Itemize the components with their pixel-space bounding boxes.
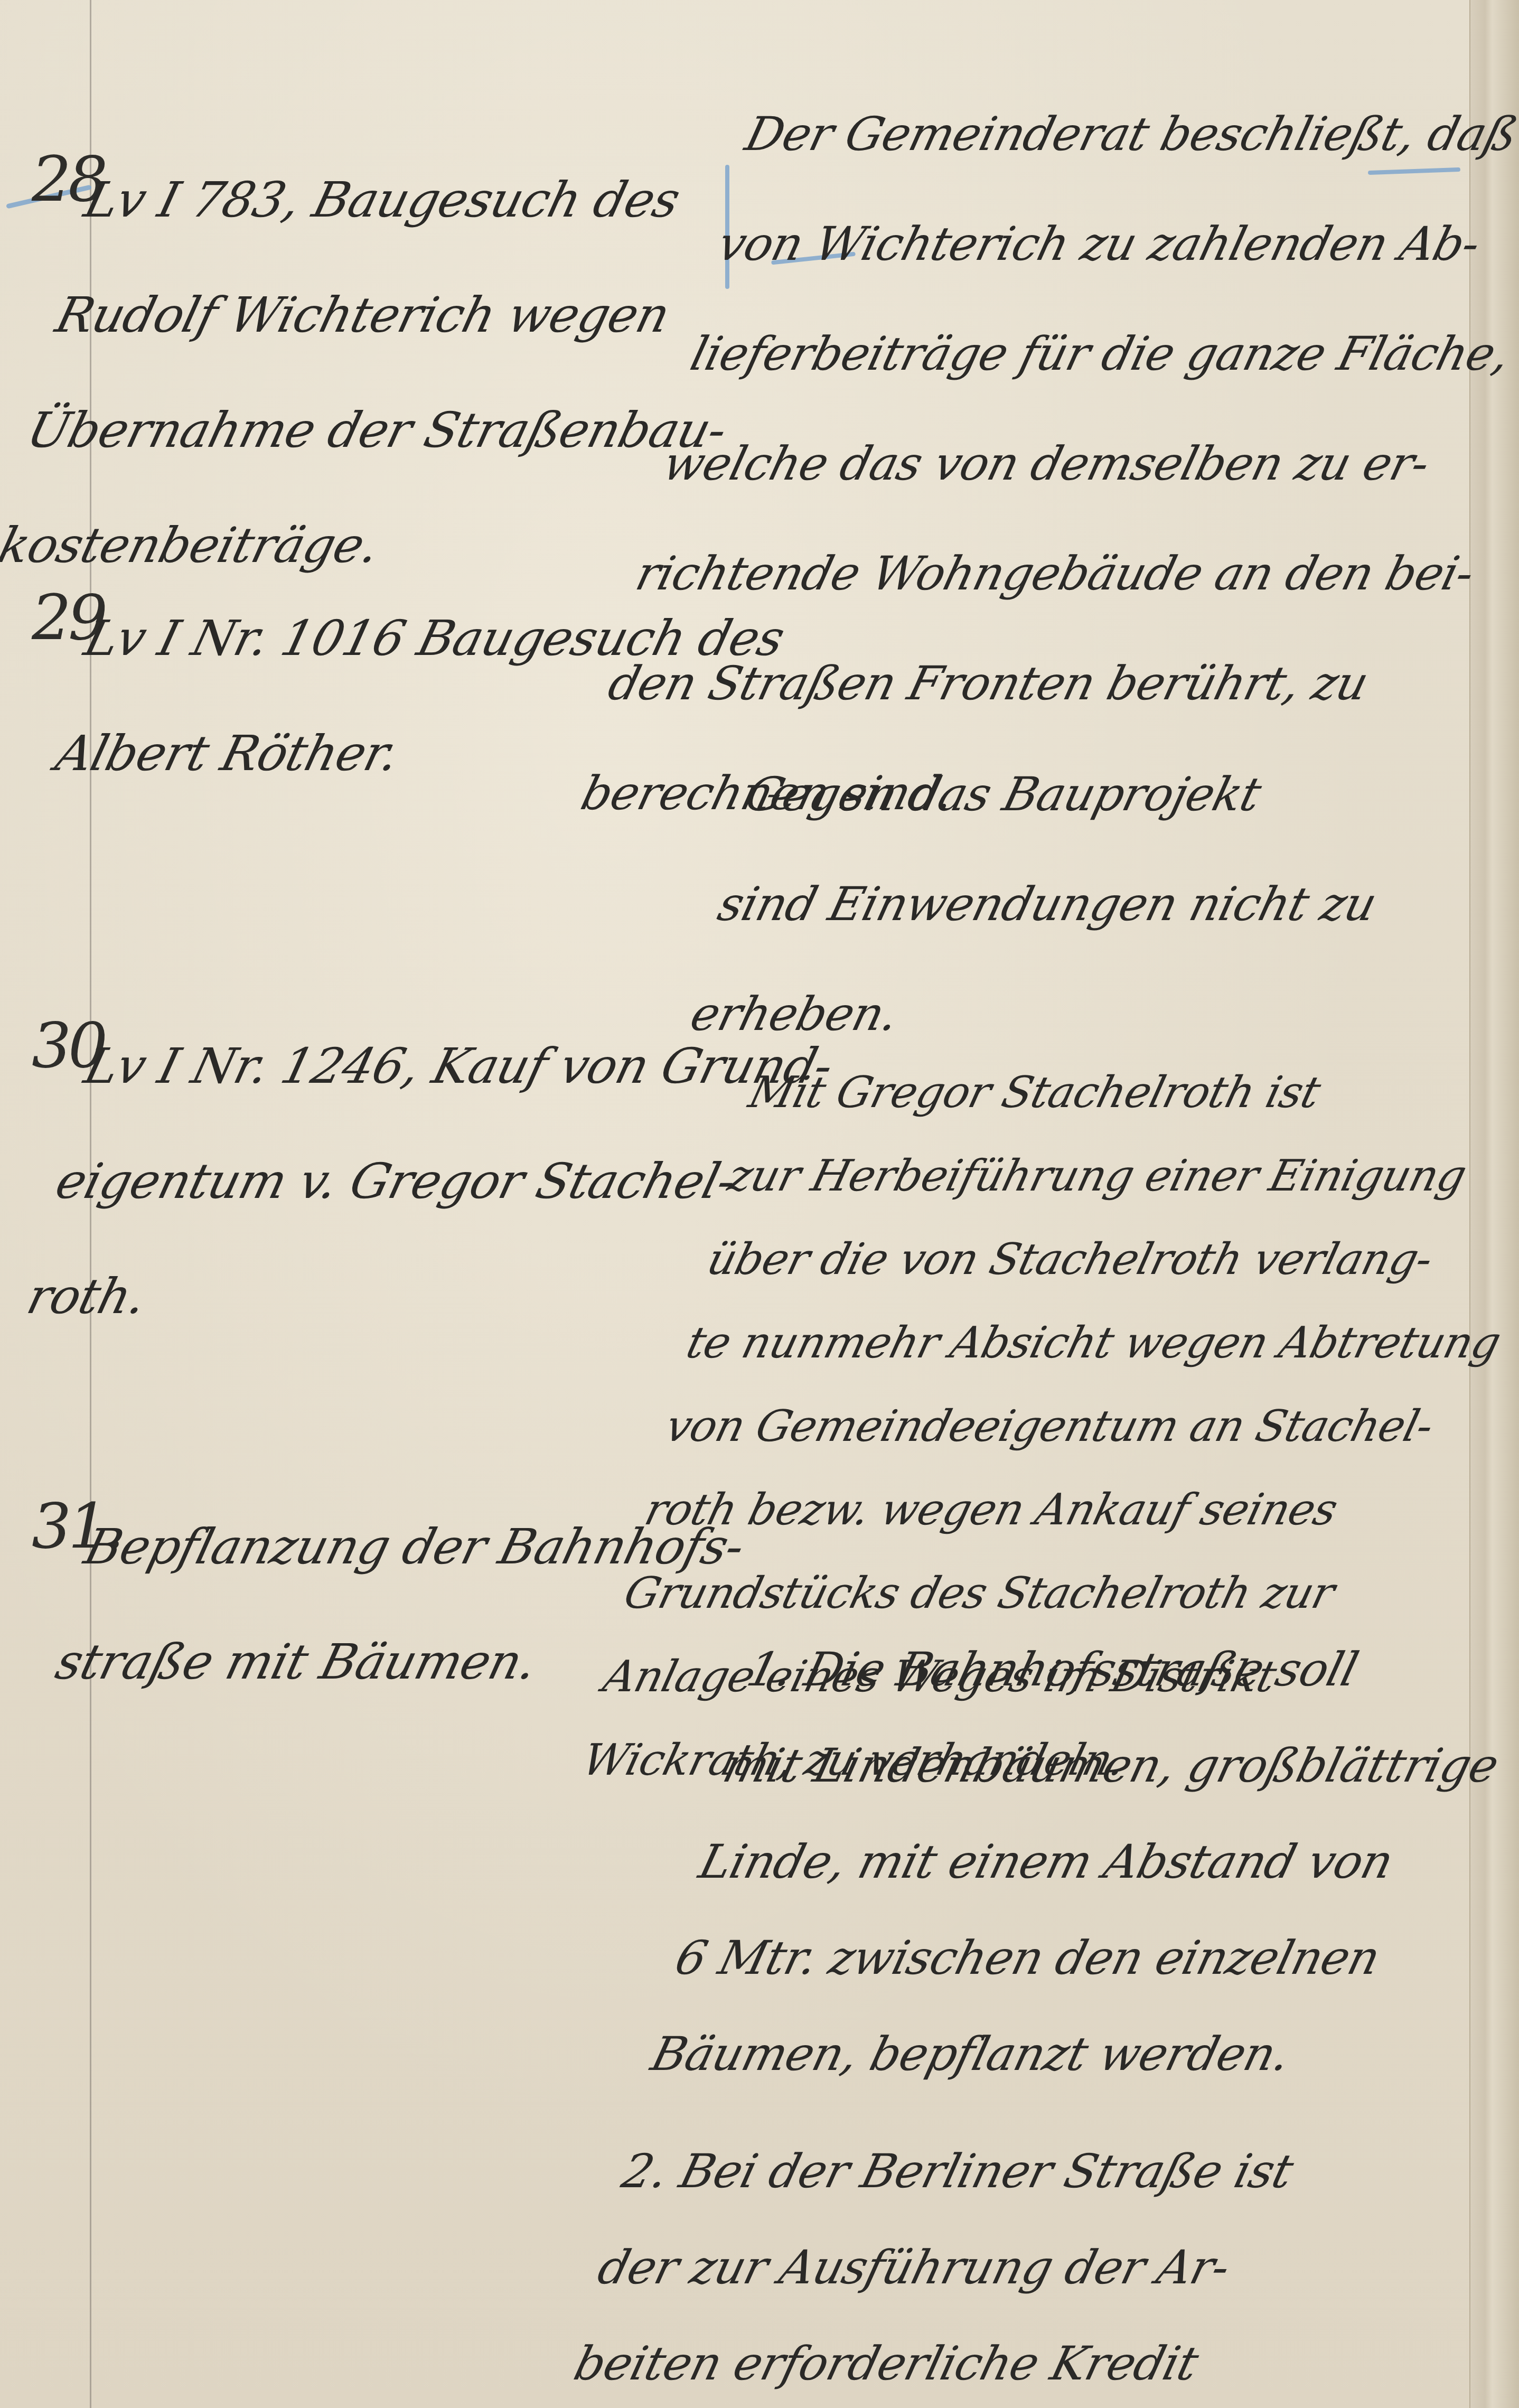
entry-subject: Lv I 783, Baugesuch des Rudolf Wichteric… bbox=[0, 143, 724, 603]
document-page: 28 Lv I 783, Baugesuch des Rudolf Wichte… bbox=[0, 0, 1519, 2408]
decision-28: Der Gemeinderat beschließt, daß die von … bbox=[761, 79, 1458, 848]
decision-29: Gegen das Bauprojekt sind Einwendungen n… bbox=[761, 739, 1458, 1069]
entry-subject: Lv I Nr. 1246, Kauf von Grund- eigentum … bbox=[14, 1009, 724, 1354]
decision-31: 1. Die Bahnhofsstraße soll mit Lindenbäu… bbox=[761, 1622, 1458, 2408]
